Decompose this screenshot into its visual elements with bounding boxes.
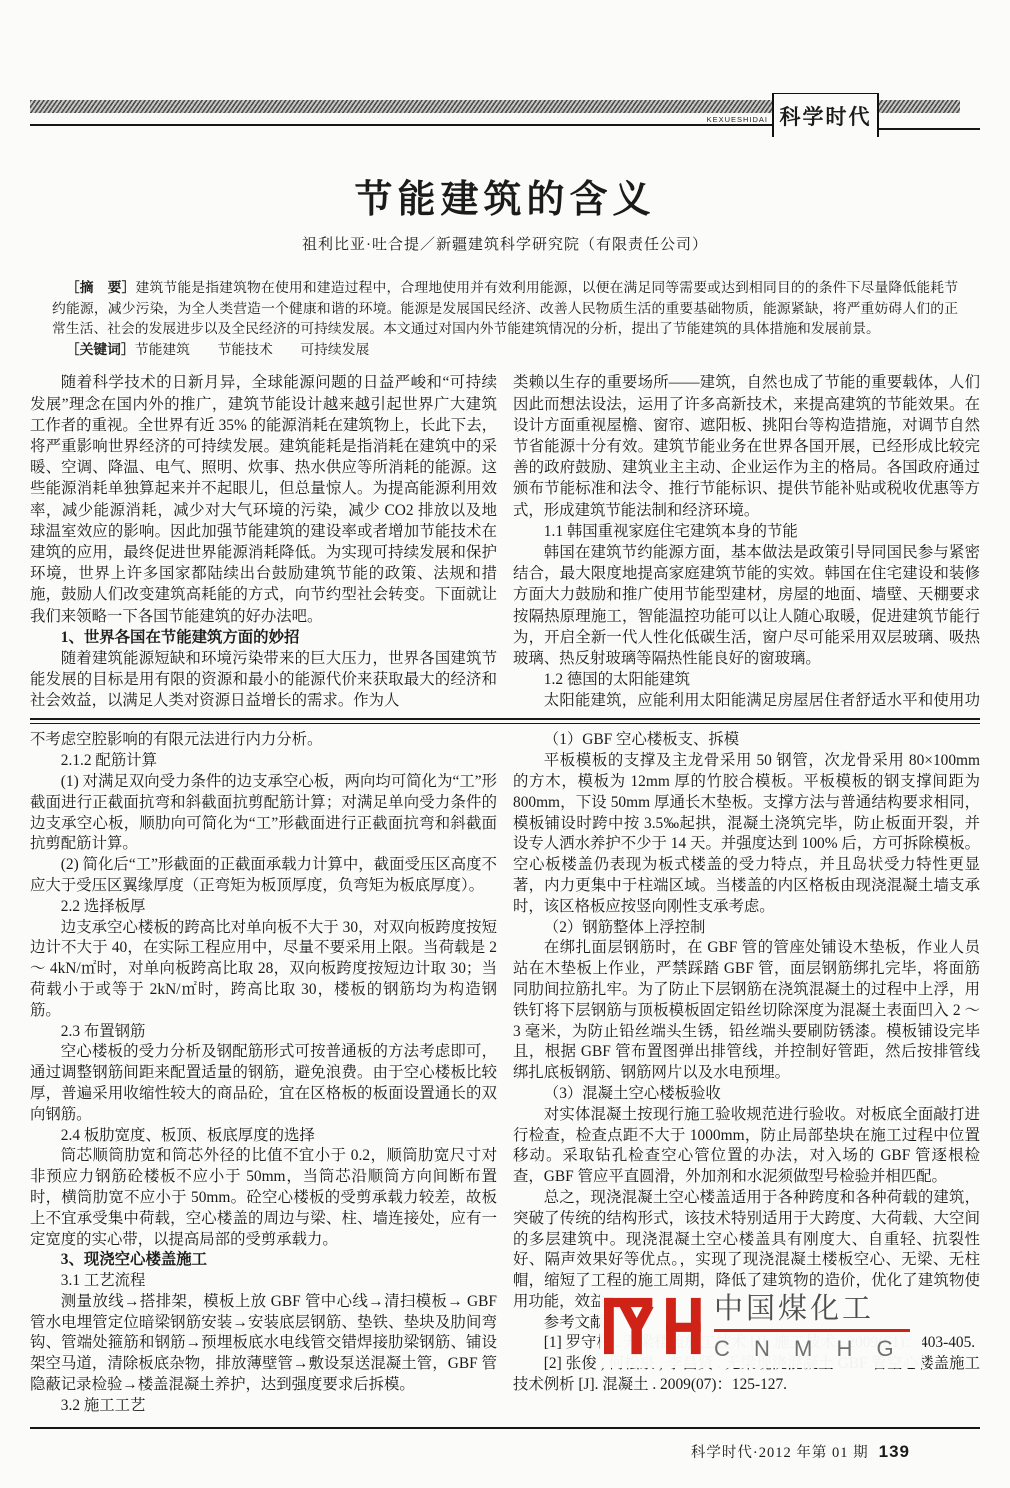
masthead-hatch-band-left <box>30 100 772 113</box>
watermark-name-en: C N M H G <box>714 1338 910 1360</box>
journal-name: 科学时代 <box>780 101 872 131</box>
body-paragraph: 测量放线→搭排架，模板上放 GBF 管中心线→清扫模板→ GBF 管水电埋管定位… <box>30 1292 497 1396</box>
upper-body: 随着科学技术的日新月异，全球能源问题的日益严峻和“可持续发展”理念在国内外的推广… <box>30 372 980 710</box>
watermark-underline <box>714 1329 910 1332</box>
body-paragraph: 随着科学技术的日新月异，全球能源问题的日益严峻和“可持续发展”理念在国内外的推广… <box>30 372 497 626</box>
body-paragraph: 平板模板的支撑及主龙骨采用 50 钢管，次龙骨采用 80×100mm 的方木，模… <box>513 751 980 917</box>
body-paragraph: (2) 简化后“工”形截面的正截面承载力计算中，截面受压区高度不应大于受压区翼缘… <box>30 855 497 897</box>
masthead-rule-right <box>877 128 980 130</box>
page-number: 139 <box>879 1442 910 1462</box>
subsection-heading: 2.1.2 配筋计算 <box>30 751 497 772</box>
cnmhg-logo-icon <box>604 1290 702 1362</box>
upper-left-column: 随着科学技术的日新月异，全球能源问题的日益严峻和“可持续发展”理念在国内外的推广… <box>30 372 497 710</box>
section-heading: 1、世界各国在节能建筑方面的妙招 <box>30 627 497 648</box>
body-paragraph: 在绑扎面层钢筋时，在 GBF 管的管座处铺设木垫板，作业人员站在木垫板上作业，严… <box>513 938 980 1084</box>
body-paragraph: 对实体混凝土按现行施工验收规范进行验收。对板底全面敲打进行检查，检查点距不大于 … <box>513 1105 980 1188</box>
subsection-heading: 2.3 布置钢筋 <box>30 1022 497 1043</box>
article-divider-rule <box>30 718 980 724</box>
keywords-label: ［关键词］ <box>66 342 135 357</box>
subsection-heading: 3.1 工艺流程 <box>30 1271 497 1292</box>
footer-rule <box>30 1427 980 1429</box>
masthead-rule-left <box>30 124 772 126</box>
subsection-heading: （1）GBF 空心楼板支、拆模 <box>513 730 980 751</box>
upper-right-column: 类赖以生存的重要场所——建筑，自然也成了节能的重要载体，人们因此而想法设法，运用… <box>513 372 980 710</box>
watermark-name-cn: 中国煤化工 <box>714 1294 910 1326</box>
subsection-heading: （2）钢筋整体上浮控制 <box>513 918 980 939</box>
section-heading: 3、现浇空心楼盖施工 <box>30 1250 497 1271</box>
cnmhg-watermark: 中国煤化工 C N M H G <box>600 1288 922 1368</box>
subsection-heading: 2.4 板肋宽度、板顶、板底厚度的选择 <box>30 1126 497 1147</box>
body-paragraph: 太阳能建筑，应能利用太阳能满足房屋居住者舒适水平和使用功能所需的大部分能源供应，… <box>513 690 980 710</box>
keywords-line: ［关键词］节能建筑 节能技术 可持续发展 <box>52 340 958 361</box>
body-paragraph: 空心楼板的受力分析及钢配筋形式可按普通板的方法考虑即可，通过调整钢筋间距来配置适… <box>30 1042 497 1125</box>
body-paragraph: 边支承空心楼板的跨高比对单向板不大于 30，对双向板跨度按短边计不大于 40，在… <box>30 918 497 1022</box>
footer-journal-issue: 科学时代·2012 年第 01 期 <box>691 1441 869 1462</box>
article-byline: 祖利比亚·吐合提／新疆建筑科学研究院（有限责任公司） <box>30 233 980 254</box>
subsection-heading: 2.2 选择板厚 <box>30 897 497 918</box>
lower-left-column: 不考虑空腔影响的有限元法进行内力分析。 2.1.2 配筋计算 (1) 对满足双向… <box>30 730 497 1427</box>
body-paragraph: 随着建筑能源短缺和环境污染带来的巨大压力，世界各国建筑节能发展的目标是用有限的资… <box>30 648 497 710</box>
subsection-heading: 1.1 韩国重视家庭住宅建筑本身的节能 <box>513 521 980 542</box>
subsection-heading: （3）混凝土空心楼板验收 <box>513 1084 980 1105</box>
abstract-block: ［摘 要］建筑节能是指建筑物在使用和建造过程中，合理地使用并有效利用能源，以便在… <box>52 278 958 360</box>
journal-name-pinyin: KEXUESHIDAI <box>650 115 768 124</box>
masthead-hatch-band-right <box>877 100 960 113</box>
subsection-heading: 3.2 施工工艺 <box>30 1396 497 1417</box>
masthead: 科学时代 KEXUESHIDAI <box>30 98 980 144</box>
body-paragraph: 筒芯顺筒肋宽和筒芯外径的比值不宜小于 0.2，顺筒肋宽尺寸对非预应力钢筋砼楼板不… <box>30 1146 497 1250</box>
body-paragraph: 类赖以生存的重要场所——建筑，自然也成了节能的重要载体，人们因此而想法设法，运用… <box>513 372 980 520</box>
body-paragraph: (1) 对满足双向受力条件的边支承空心板，两向均可简化为“工”形截面进行正截面抗… <box>30 772 497 855</box>
body-paragraph: 不考虑空腔影响的有限元法进行内力分析。 <box>30 730 497 751</box>
journal-page: 科学时代 KEXUESHIDAI 节能建筑的含义 祖利比亚·吐合提／新疆建筑科学… <box>0 0 1010 1488</box>
body-paragraph: 韩国在建筑节约能源方面，基本做法是政策引导同国民参与紧密结合，最大限度地提高家庭… <box>513 542 980 669</box>
abstract-paragraph: ［摘 要］建筑节能是指建筑物在使用和建造过程中，合理地使用并有效利用能源，以便在… <box>52 278 958 340</box>
abstract-text: 建筑节能是指建筑物在使用和建造过程中，合理地使用并有效利用能源，以便在满足同等需… <box>52 280 958 336</box>
keywords-text: 节能建筑 节能技术 可持续发展 <box>135 342 370 357</box>
article-title: 节能建筑的含义 <box>30 168 980 223</box>
subsection-heading: 1.2 德国的太阳能建筑 <box>513 669 980 690</box>
journal-name-box: 科学时代 <box>772 93 879 137</box>
abstract-label: ［摘 要］ <box>66 280 136 295</box>
page-footer: 科学时代·2012 年第 01 期 139 <box>691 1441 910 1462</box>
watermark-text-block: 中国煤化工 C N M H G <box>714 1290 910 1360</box>
